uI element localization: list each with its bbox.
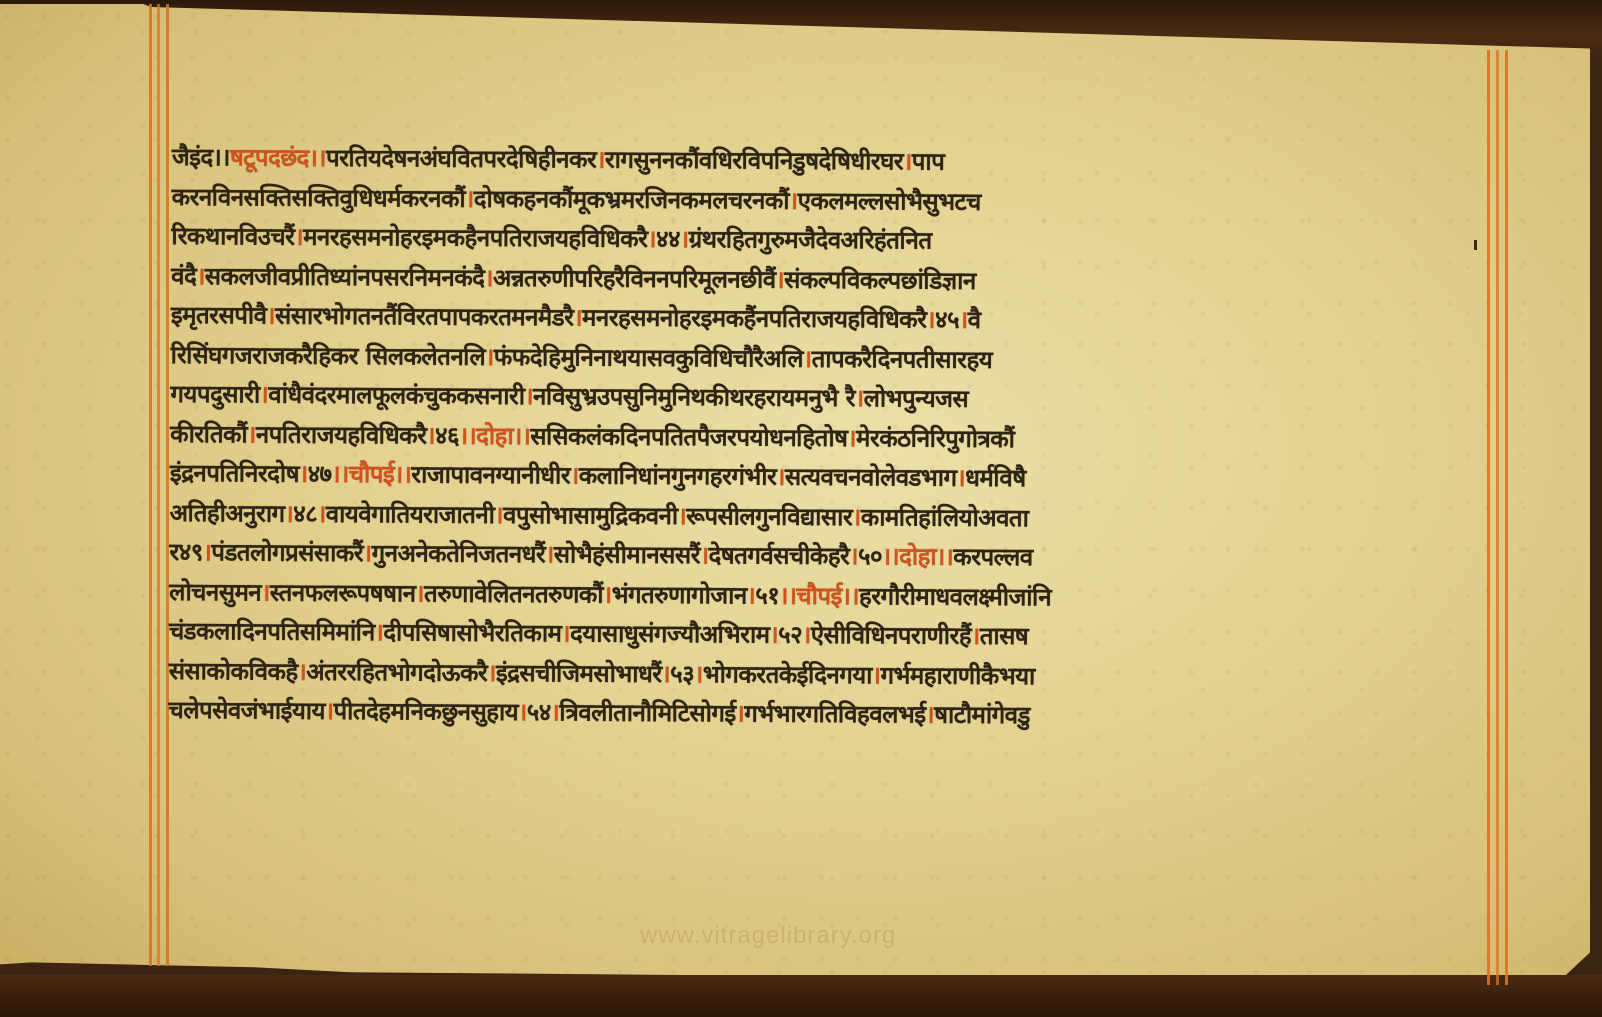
body-text: पीतदेहमनिकछुनसुहाय (333, 697, 518, 726)
body-text: ४४ (656, 225, 680, 253)
body-text: त्रिवलीतानौमिटिसोगई (559, 698, 736, 727)
rubric-text: । (203, 538, 212, 566)
body-text: कीरतिकौं (170, 419, 247, 447)
body-text: संकल्पविकल्पछांडिज्ञान (784, 265, 976, 294)
rubric-text: । (925, 701, 934, 729)
rubric-text: । (802, 621, 811, 649)
rubric-text: । (299, 460, 308, 488)
body-text: धर्मविषै (965, 464, 1026, 492)
body-text: परतियदेषनअंघवितपरदेषिहीनकर (326, 144, 596, 174)
body-text: संसारभोगतनतैंविरतपापकरतमनमैडरै (275, 302, 574, 332)
body-text: ससिकलंकदिनपतितपैजरपयोधनहितोष (530, 422, 847, 452)
body-text: फंफदेहिमुनिनाथयासवकुविधिचौरैअलि (494, 342, 803, 372)
manuscript-text: जैइंद।।षटूपदछंद।।परतियदेषनअंघवितपरदेषिही… (168, 138, 1462, 738)
body-text: मेरकंठनिरिपुगोत्रकौं (856, 424, 1015, 453)
body-text: इंद्रसचीजिमसोभाधरैं (496, 658, 662, 687)
body-text: हरगौरीमाधवलक्ष्मीजांनि (859, 582, 1051, 611)
rubric-text: । (487, 658, 496, 686)
rubric-text: । (700, 541, 709, 569)
body-text: रागसुननकौंवधिरविपनिडुषदेषिधीरघर (605, 146, 903, 176)
body-text: रिसिंघगजराजकरैहिकर सिलकलेतनलि (171, 340, 486, 370)
body-text: गुनअनेकतेनिजतनधरैं (372, 539, 546, 568)
rubric-text: षटूपदछंद।। (230, 143, 326, 172)
rubric-text: । (596, 146, 605, 174)
rubric-text: । (551, 698, 560, 726)
body-text: ४५ (935, 306, 959, 334)
body-text: मनरहसमनोहरइमकहैनपतिराजयहविधिकरै (303, 223, 648, 253)
body-text: अंतररहितभोगदोऊकरै (306, 657, 487, 686)
body-text: संसाकोकविकहै (169, 656, 298, 685)
body-text: ५० (858, 542, 882, 570)
margin-rule (1496, 50, 1499, 985)
body-text: नविसुभ्रउपसुनिमुनिथकीथरहरायमनुभै रै (533, 382, 855, 412)
rubric-text: । (285, 499, 294, 527)
body-text: भोगकरतकेईदिनगया (703, 660, 872, 689)
body-text: राजापावनग्यानीधीर (411, 460, 570, 489)
rubric-text: । (803, 344, 812, 372)
rubric-text: । (247, 420, 256, 448)
margin-rule (157, 4, 160, 966)
rubric-text: । (266, 302, 275, 330)
rubric-text: । (325, 697, 334, 725)
body-text: ५३ (670, 660, 694, 688)
rubric-text: । (294, 223, 303, 251)
rubric-text: । (694, 660, 703, 688)
rubric-text: । (570, 461, 579, 489)
body-text: जैइंद।। (172, 143, 230, 171)
rubric-text: । (852, 503, 861, 531)
body-text: ५१ (755, 581, 779, 609)
body-text: मनरहसमनोहरइमकहैंनपतिराजयहविधिकरै (582, 304, 927, 334)
rubric-text: ।।चौपई।। (332, 460, 412, 488)
body-text: लोभपुन्यजस (864, 384, 969, 413)
rubric-text: । (971, 622, 980, 650)
body-text: रूपसीलगुनविद्यासार (686, 502, 852, 531)
rubric-text: । (317, 499, 326, 527)
body-text: इंद्रनपतिनिरदोष (170, 459, 299, 488)
rubric-text: ।।दोहा।। (459, 421, 530, 449)
body-text: तासष (980, 622, 1029, 650)
rubric-text: । (485, 342, 494, 370)
body-text: सोभैहंसीमानससरैं (554, 540, 700, 569)
rubric-text: । (776, 463, 785, 491)
rubric-text: । (736, 699, 745, 727)
rubric-text: । (872, 661, 881, 689)
body-text: तापकरैदिनपतीसारहय (812, 344, 993, 373)
margin-rule (1505, 50, 1508, 985)
body-text: र४९ (169, 538, 202, 566)
body-text: करपल्लव (953, 543, 1032, 571)
rubric-text: । (261, 578, 270, 606)
rubric-text: । (196, 262, 205, 290)
body-text: वै (968, 306, 981, 334)
body-text: कलानिधांनगुनगहरगंभीर (579, 461, 777, 490)
rubric-text: । (847, 424, 856, 452)
body-text: भंगतरुणागोजान (612, 580, 747, 609)
body-text: दोषकहनकौंमूकभ्रमरजिनकमलचरनकौं (474, 184, 789, 214)
body-text: रिकथानविउचरैं (171, 222, 294, 251)
body-text: देषतगर्वसचीकेहरै (709, 541, 850, 570)
ink-mark (1474, 240, 1477, 250)
rubric-text: । (747, 581, 756, 609)
rubric-text: ।।चौपई।। (779, 581, 859, 609)
body-text: पाप (912, 148, 945, 176)
margin-rule (166, 4, 169, 966)
body-text: दीपसिषासोभैरतिकाम (383, 618, 561, 647)
body-text: एकलमल्लसोभैसुभटच (798, 186, 981, 215)
body-text: ४७ (308, 460, 332, 488)
body-text: अतिहीअनुराग (170, 498, 285, 527)
body-text: दयासाधुसंगज्यौअभिराम (570, 619, 770, 648)
body-text: करनविनसक्तिसक्तिवुधिधर्मकरनकौं (172, 182, 466, 212)
margin-rule (1487, 50, 1490, 985)
body-text: ५२ (778, 621, 802, 649)
rubric-text: । (524, 382, 533, 410)
body-text: लोचनसुमन (169, 577, 261, 606)
body-text: सत्यवचनवोलेवडभाग (785, 463, 957, 492)
body-text: ऐसीविधिनपराणीरहैं (811, 621, 972, 650)
body-text: कामतिहांलियोअवता (861, 503, 1029, 532)
body-text: वपुसोभासामुद्रिकवनी (503, 501, 678, 530)
rubric-text: । (789, 186, 798, 214)
rubric-text: । (849, 542, 858, 570)
rubric-text: । (561, 619, 570, 647)
rubric-text: । (415, 579, 424, 607)
body-text: वायवेगातियराजातनी (326, 499, 495, 528)
body-text: ५४ (527, 698, 551, 726)
body-text: नपतिराजयहविधिकरै (256, 420, 427, 449)
body-text: षाटौमांगेवडु (934, 701, 1030, 730)
body-text: चंडकलादिनपतिसमिमांनि (169, 617, 375, 646)
body-text: स्तनफलरूपषषान (270, 578, 416, 607)
body-text: इमृतरसपीवै (171, 301, 267, 330)
body-text: सकलजीवप्रीतिध्यांनपसरनिमनकंदै (205, 262, 485, 292)
body-text: वंदै (171, 261, 196, 289)
body-text: चलेपसेवजंभाईयाय (168, 696, 325, 725)
body-text: ४८ (293, 499, 317, 527)
body-text: गर्भभारगतिविहवलभई (744, 700, 925, 729)
rubric-text: । (678, 502, 687, 530)
body-text: अन्नतरुणीपरिहरैविननपरिमूलनछीवैं (493, 263, 776, 293)
watermark: www.vitragelibrary.org (640, 922, 896, 950)
body-text: वांधैवंदरमालफूलकंचुककसनारी (268, 381, 524, 411)
body-text: ४६ (435, 421, 459, 449)
rubric-text: । (776, 265, 785, 293)
rubric-text: । (298, 657, 307, 685)
rubric-text: ।।दोहा।। (882, 542, 953, 570)
rubric-text: । (647, 225, 656, 253)
rubric-text: । (484, 263, 493, 291)
rubric-text: । (426, 421, 435, 449)
manuscript-line: चलेपसेवजंभाईयाय।पीतदेहमनिकछुनसुहाय।५४।त्… (168, 691, 1458, 738)
body-text: पंडतलोगप्रसंसाकरैं (211, 538, 363, 567)
body-text: गयपदुसारी (170, 380, 259, 409)
rubric-text: । (926, 306, 935, 334)
body-text: गर्भमहाराणीकैभया (880, 661, 1034, 690)
body-text: तरुणावेलितनतरुणकौं (424, 579, 603, 608)
page-bottom-edge (0, 975, 1602, 1017)
margin-rule (149, 4, 152, 966)
rubric-text: । (903, 147, 912, 175)
body-text: ग्रंथरहितगुरुमजैदेवअरिहंतनित (689, 225, 932, 254)
rubric-text: । (959, 306, 968, 334)
rubric-text: । (260, 381, 269, 409)
